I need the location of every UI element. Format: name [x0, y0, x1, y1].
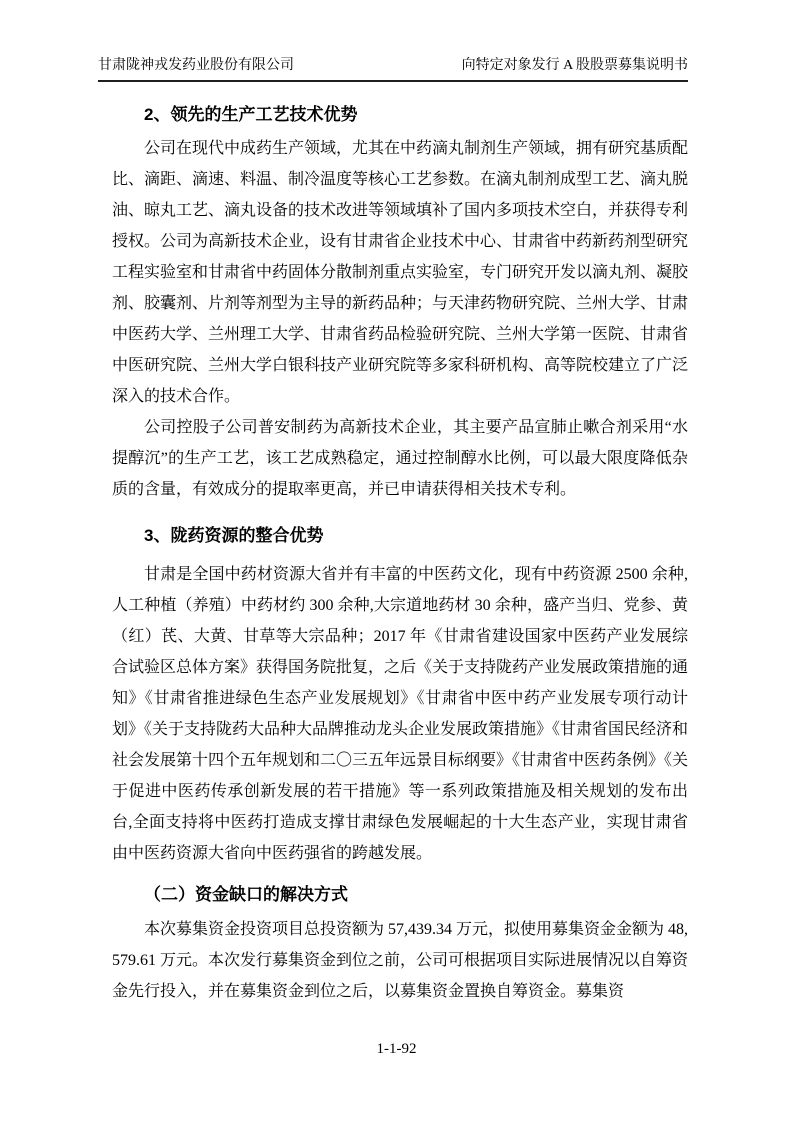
- document-page: 甘肃陇神戎发药业股份有限公司 向特定对象发行 A 股股票募集说明书 2、领先的生…: [0, 0, 793, 1122]
- paragraph-longyao-resources: 甘肃是全国中药材资源大省并有丰富的中医药文化，现有中药资源 2500 余种,人工…: [112, 559, 688, 869]
- page-footer: 1-1-92: [0, 1041, 793, 1058]
- page-header: 甘肃陇神戎发药业股份有限公司 向特定对象发行 A 股股票募集说明书: [98, 57, 688, 82]
- header-company-name: 甘肃陇神戎发药业股份有限公司: [98, 57, 294, 74]
- page-number: 1-1-92: [377, 1041, 417, 1057]
- paragraph-production-technology-1: 公司在现代中成药生产领域，尤其在中药滴丸制剂生产领域，拥有研究基质配比、滴距、滴…: [112, 133, 688, 412]
- header-doc-title: 向特定对象发行 A 股股票募集说明书: [462, 57, 688, 74]
- heading-production-technology-advantage: 2、领先的生产工艺技术优势: [112, 104, 688, 126]
- document-body: 2、领先的生产工艺技术优势 公司在现代中成药生产领域，尤其在中药滴丸制剂生产领域…: [112, 104, 688, 1007]
- paragraph-funding-gap: 本次募集资金投资项目总投资额为 57,439.34 万元，拟使用募集资金金额为 …: [112, 914, 688, 1007]
- heading-funding-gap-solution: （二）资金缺口的解决方式: [112, 884, 688, 906]
- paragraph-production-technology-2: 公司控股子公司普安制药为高新技术企业，其主要产品宣肺止嗽合剂采用“水提醇沉”的生…: [112, 412, 688, 505]
- heading-longyao-resource-integration: 3、陇药资源的整合优势: [112, 525, 688, 547]
